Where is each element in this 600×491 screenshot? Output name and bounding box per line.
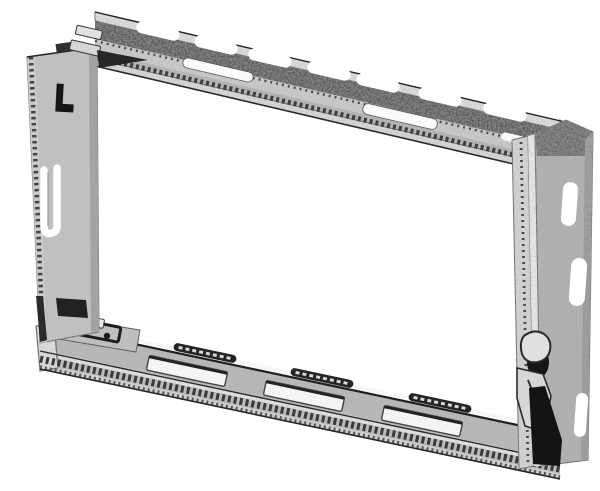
- left-flange-bottom-slot: [30, 296, 37, 324]
- photo-stage: [0, 0, 600, 491]
- right-flange-slot: [560, 182, 578, 227]
- left-flange-foot-shadow: [56, 298, 88, 318]
- left-flange: [27, 42, 99, 343]
- metal-frame-illustration: [0, 0, 600, 491]
- right-flange-slot: [568, 258, 587, 307]
- spring-clip-hook: [521, 331, 551, 362]
- corner-bracket-hole: [104, 333, 110, 339]
- metal-frame-photo: [0, 0, 600, 491]
- right-flange: [512, 120, 593, 469]
